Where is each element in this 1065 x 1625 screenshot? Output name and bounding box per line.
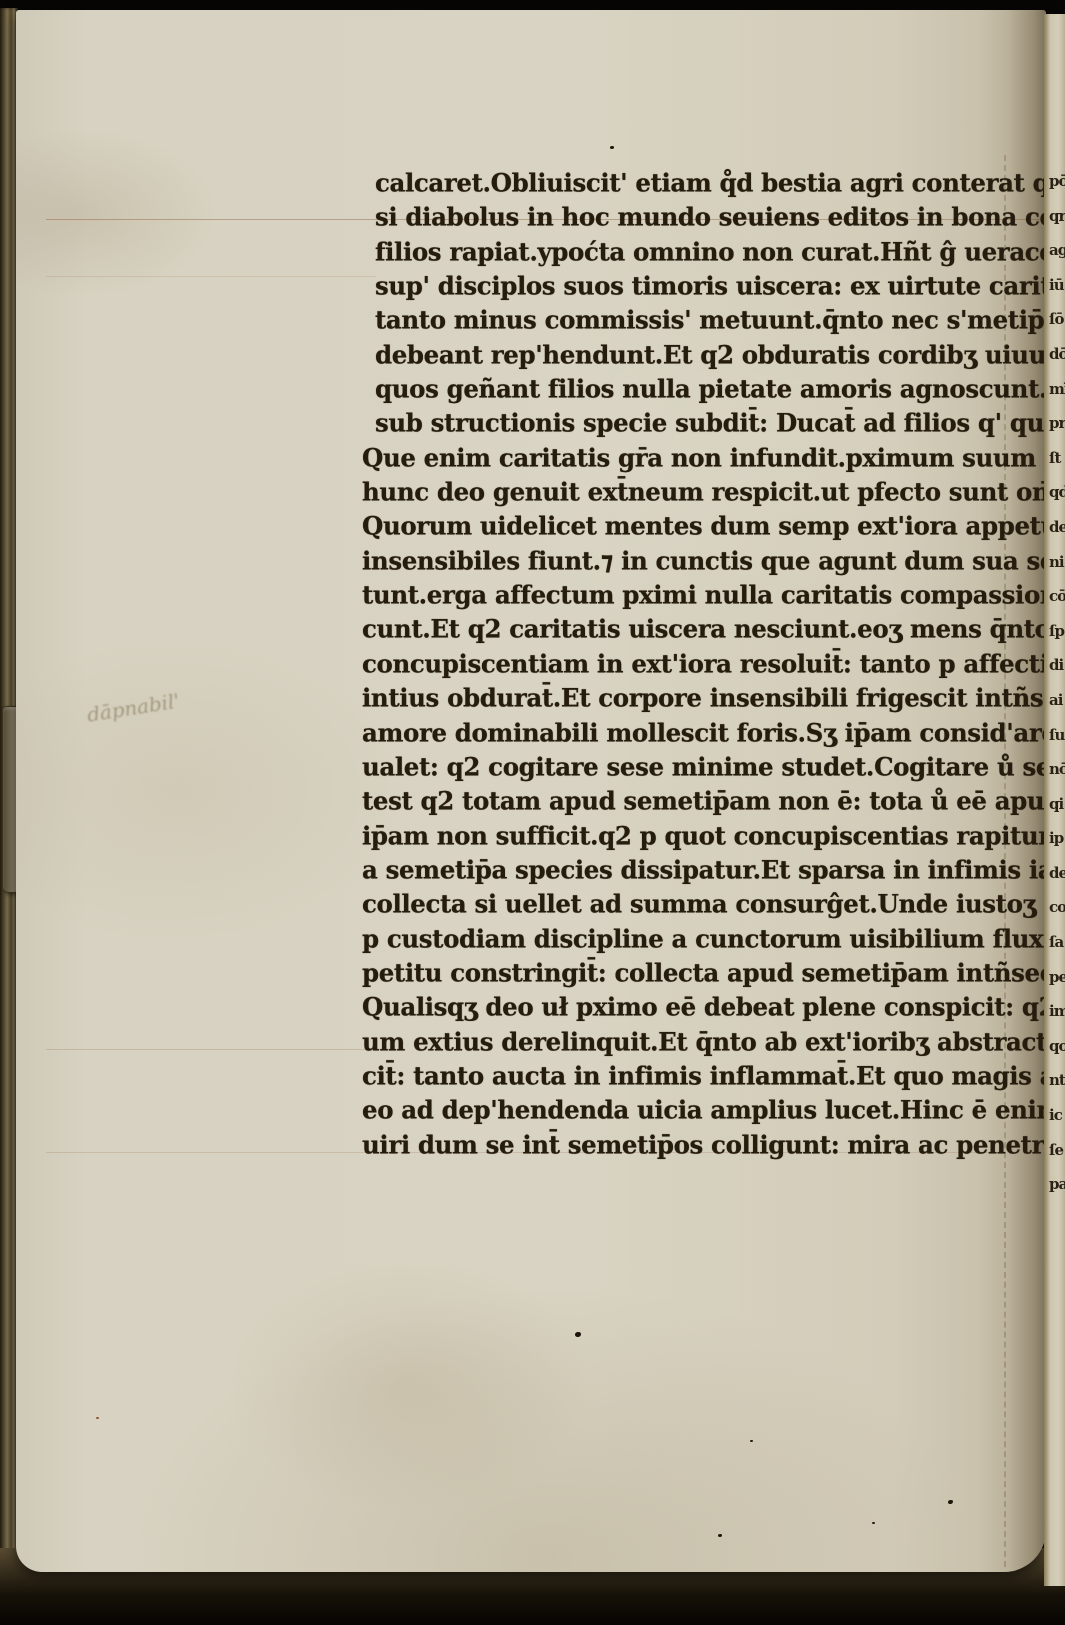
text-line: eo ad dep'hendenda uicia amplius lucet.H… (362, 1093, 984, 1129)
text-line: a semetip̄a species dissipatur.Et sparsa… (362, 852, 984, 888)
text-line: p custodiam discipline a cunctorum uisib… (362, 921, 984, 957)
text-line: sup' disciplos suos timoris uiscera: ex … (362, 268, 997, 304)
text-line: amore dominabili mollescit foris.Sʒ ip̄a… (362, 715, 984, 751)
text-line: cunt.Et q2 caritatis uiscera nesciunt.eo… (362, 612, 984, 648)
text-block: calcaret.Obliuiscit' etiam q̊d bestia ag… (362, 166, 984, 1162)
text-line: ip̄am non sufficit.q2 p quot concupiscen… (362, 818, 984, 854)
text-line: insensibiles fiunt.⁊ in cunctis que agun… (362, 543, 984, 579)
text-line: Quorum uidelicet mentes dum semp ext'ior… (362, 509, 984, 545)
text-line: ualet: q2 cogitare sese minime studet.Co… (362, 749, 984, 785)
photo-background: dāpnabil' calcaret.Obliuiscit' etiam q̊d… (0, 0, 1065, 1625)
text-line: quos geñant filios nulla pietate amoris … (362, 371, 997, 407)
text-line: concupiscentiam in ext'iora resoluit̄: t… (362, 646, 984, 682)
text-line: intius obdurat̄.Et corpore insensibili f… (362, 680, 984, 716)
text-line: Qualisqʒ deo uł pximo eē debeat plene co… (362, 990, 984, 1026)
ruling-line-horizontal-left (46, 1049, 378, 1050)
text-line: Que enim caritatis gr̄a non infundit.pxi… (362, 440, 984, 476)
text-line: collecta si uellet ad summa consurĝet.Un… (362, 887, 984, 923)
facing-page-text-fragments: pō qr ag iū ſō dō mī pr ſt qd de ni cō ſ… (1049, 164, 1065, 1202)
text-line: uiri dum se int̄ semetip̄os colligunt: m… (362, 1127, 984, 1163)
ruling-line-horizontal-faint (46, 276, 376, 277)
text-line: filios rapiat.ypoćta omnino non curat.Hñ… (362, 234, 997, 270)
text-line: um extius derelinquit.Et q̄nto ab ext'io… (362, 1024, 984, 1060)
facing-page-edge: pō qr ag iū ſō dō mī pr ſt qd de ni cō ſ… (1044, 14, 1065, 1586)
text-line: cit̄: tanto aucta in infimis inflammat̄.… (362, 1058, 984, 1094)
text-line: tunt.erga affectum pximi nulla caritatis… (362, 577, 984, 613)
text-line: petitu constringit̄: collecta apud semet… (362, 955, 984, 991)
text-line: hunc deo genuit ext̄neum respicit.ut pfe… (362, 474, 984, 510)
text-line: debeant rep'hendunt.Et q2 obduratis cord… (362, 337, 997, 373)
text-line: test q2 totam apud semetip̄am non ē: tot… (362, 784, 984, 820)
text-line: calcaret.Obliuiscit' etiam q̊d bestia ag… (362, 165, 997, 201)
text-line: tanto minus commissis' metuunt.q̄nto nec… (362, 303, 997, 339)
text-line: sub structionis specie subdit̄: Ducat̄ a… (362, 406, 997, 442)
text-line: si diabolus in hoc mundo seuiens editos … (362, 200, 997, 236)
